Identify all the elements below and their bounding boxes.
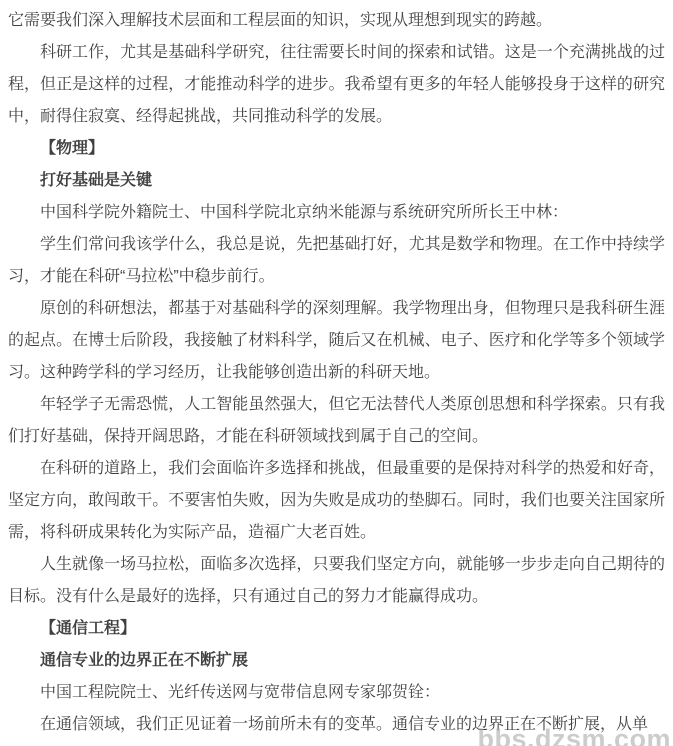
section-heading-physics: 【物理】	[8, 133, 665, 165]
section-title-foundation: 打好基础是关键	[8, 165, 665, 197]
speaker-line-wu-hequan: 中国工程院院士、光纤传送网与宽带信息网专家邬贺铨：	[8, 677, 665, 709]
article-page: 它需要我们深入理解技术层面和工程层面的知识，实现从理想到现实的跨越。 科研工作，…	[0, 0, 673, 746]
paragraph: 原创的科研想法，都基于对基础科学的深刻理解。我学物理出身，但物理只是我科研生涯的…	[8, 293, 665, 389]
paragraph: 科研工作，尤其是基础科学研究，往往需要长时间的探索和试错。这是一个充满挑战的过程…	[8, 37, 665, 133]
paragraph: 人生就像一场马拉松，面临多次选择，只要我们坚定方向，就能够一步步走向自己期待的目…	[8, 549, 665, 613]
speaker-line-wang-zhonglin: 中国科学院外籍院士、中国科学院北京纳米能源与系统研究所所长王中林：	[8, 197, 665, 229]
paragraph: 在科研的道路上，我们会面临许多选择和挑战，但最重要的是保持对科学的热爱和好奇，坚…	[8, 453, 665, 549]
paragraph-continuation: 它需要我们深入理解技术层面和工程层面的知识，实现从理想到现实的跨越。	[8, 5, 665, 37]
paragraph: 年轻学子无需恐慌，人工智能虽然强大，但它无法替代人类原创思想和科学探索。只有我们…	[8, 389, 665, 453]
section-heading-telecom: 【通信工程】	[8, 613, 665, 645]
section-title-telecom-boundary: 通信专业的边界正在不断扩展	[8, 645, 665, 677]
paragraph: 在通信领域，我们正见证着一场前所未有的变革。通信专业的边界正在不断扩展，从单	[8, 709, 665, 741]
paragraph: 学生们常问我该学什么，我总是说，先把基础打好，尤其是数学和物理。在工作中持续学习…	[8, 229, 665, 293]
